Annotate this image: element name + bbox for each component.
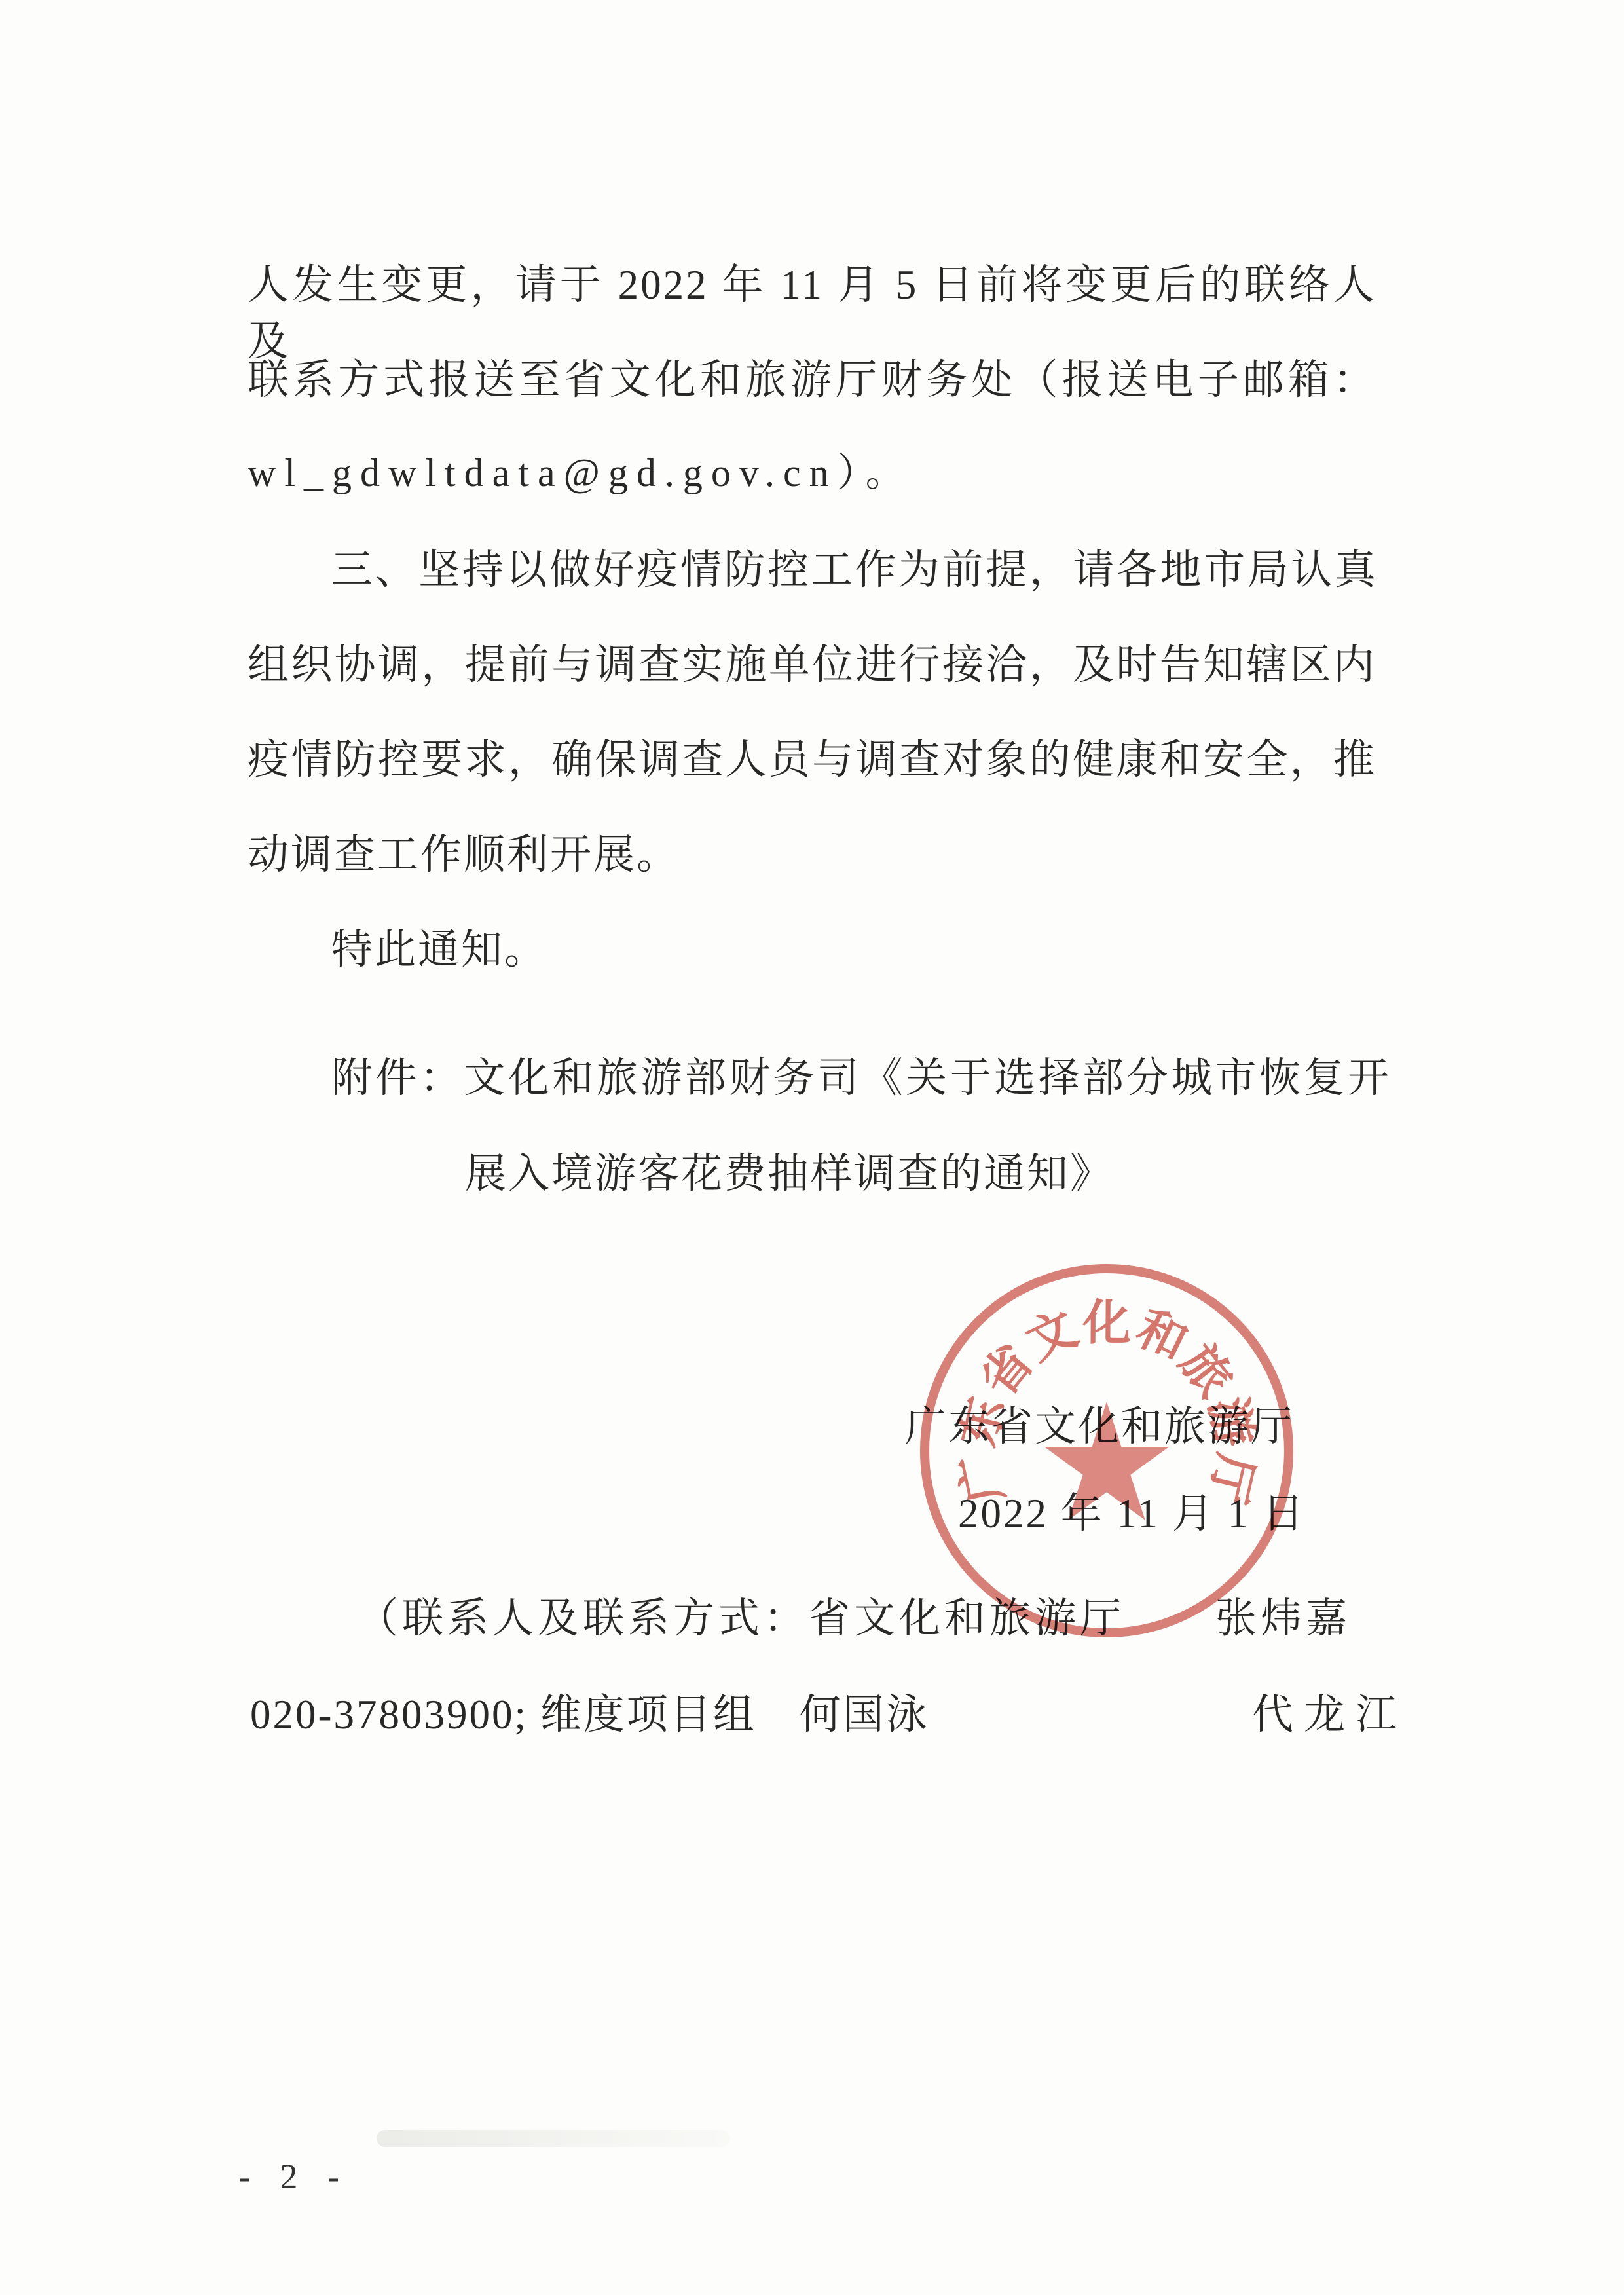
body-line-2: 联系方式报送至省文化和旅游厅财务处（报送电子邮箱： [248, 352, 1376, 408]
official-seal: 广东省文化和旅游厅 [904, 1248, 1310, 1654]
page-number: - 2 - [238, 2156, 350, 2197]
scan-smudge [377, 2130, 730, 2147]
document-page: 人发生变更，请于 2022 年 11 月 5 日前将变更后的联络人及 联系方式报… [0, 0, 1624, 2295]
attachment-line-2: 展入境游客花费抽样调查的通知》 [465, 1146, 1113, 1202]
phone-line: 020-37803900; 维度项目组 何国泳 [250, 1687, 929, 1743]
phone-line-name-right: 代龙江 [1252, 1687, 1407, 1743]
body-line-6: 疫情防控要求，确保调查人员与调查对象的健康和安全，推 [248, 732, 1376, 788]
seal-star-icon [1044, 1402, 1169, 1520]
body-line-5: 组织协调，提前与调查实施单位进行接洽，及时告知辖区内 [248, 637, 1376, 693]
body-line-4: 三、坚持以做好疫情防控工作为前提，请各地市局认真 [331, 542, 1378, 598]
attachment-line-1: 附件：文化和旅游部财务司《关于选择部分城市恢复开 [331, 1050, 1391, 1106]
body-line-8: 特此通知。 [331, 922, 547, 978]
body-line-7: 动调查工作顺利开展。 [248, 827, 680, 883]
body-line-3-email: wl_gdwltdata@gd.gov.cn）。 [248, 445, 913, 501]
